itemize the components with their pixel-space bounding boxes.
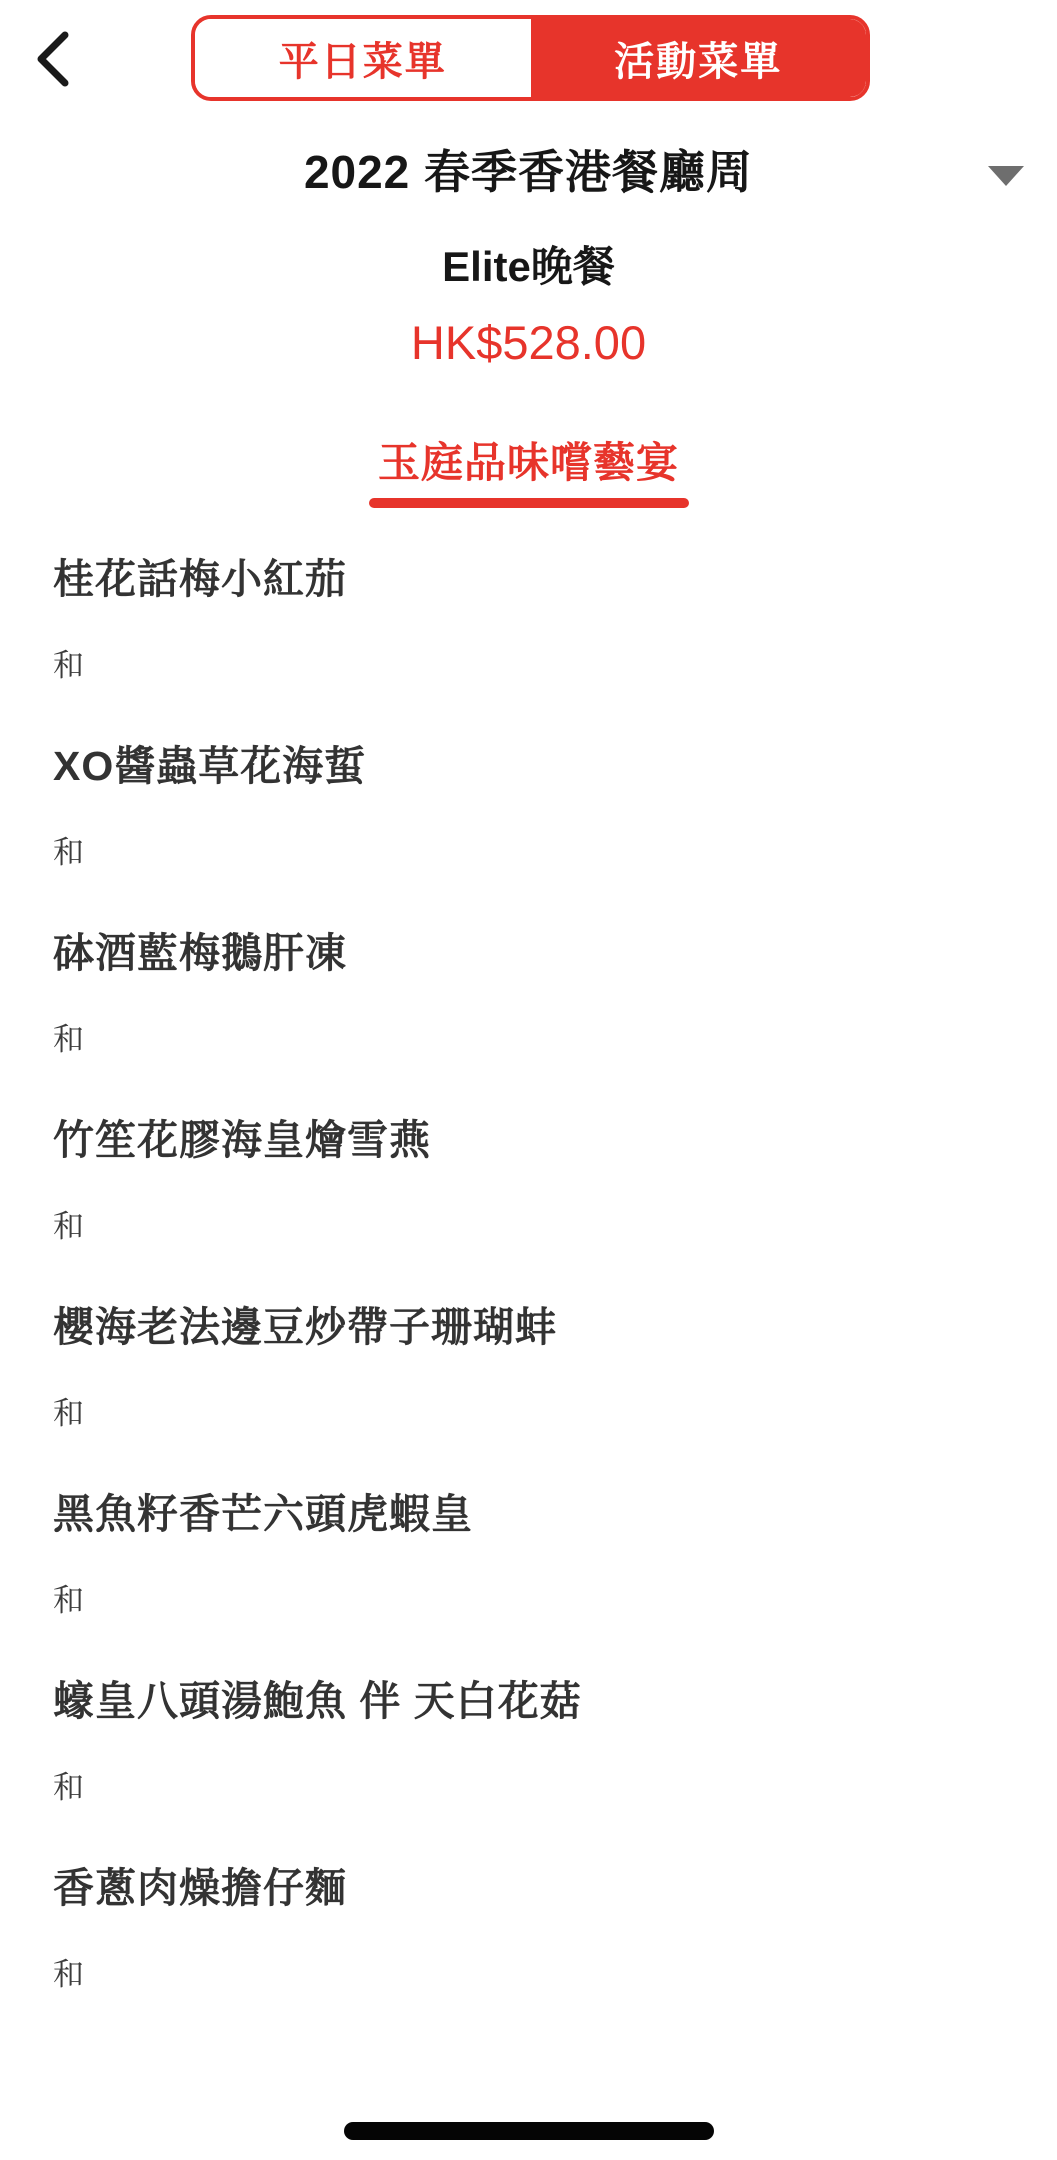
menu-item-separator: 和 <box>53 1205 1057 1249</box>
menu-item: XO醬蟲草花海蜇 <box>53 738 1057 794</box>
menu-type-tabs: 平日菜單 活動菜單 <box>191 15 870 101</box>
chevron-left-icon <box>35 31 69 90</box>
menu-item-list: 桂花話梅小紅茄和XO醬蟲草花海蜇和砵酒藍梅鵝肝凍和竹笙花膠海皇燴雪燕和櫻海老法邊… <box>0 551 1057 1997</box>
tab-weekday-menu[interactable]: 平日菜單 <box>195 19 531 97</box>
menu-item: 桂花話梅小紅茄 <box>53 551 1057 607</box>
menu-item-separator: 和 <box>53 644 1057 688</box>
menu-price: HK$528.00 <box>0 313 1057 373</box>
menu-item-separator: 和 <box>53 1579 1057 1623</box>
menu-item-separator: 和 <box>53 1953 1057 1997</box>
home-indicator[interactable] <box>344 2122 714 2140</box>
menu-item-separator: 和 <box>53 1018 1057 1062</box>
event-title[interactable]: 2022 春季香港餐廳周 <box>0 142 1057 202</box>
back-button[interactable] <box>22 22 82 98</box>
chevron-down-icon[interactable] <box>988 166 1024 186</box>
section-title-underline <box>369 498 689 508</box>
menu-item: 香蔥肉燥擔仔麵 <box>53 1860 1057 1916</box>
menu-item: 蠔皇八頭湯鮑魚 伴 天白花菇 <box>53 1673 1057 1729</box>
tab-event-menu[interactable]: 活動菜單 <box>531 19 867 97</box>
menu-subtitle: Elite晚餐 <box>0 239 1057 295</box>
menu-item: 竹笙花膠海皇燴雪燕 <box>53 1112 1057 1168</box>
menu-item: 砵酒藍梅鵝肝凍 <box>53 925 1057 981</box>
menu-item-separator: 和 <box>53 1392 1057 1436</box>
menu-section-title: 玉庭品味嚐藝宴 <box>0 435 1057 491</box>
menu-item-separator: 和 <box>53 831 1057 875</box>
menu-item: 黑魚籽香芒六頭虎蝦皇 <box>53 1486 1057 1542</box>
menu-item: 櫻海老法邊豆炒帶子珊瑚蚌 <box>53 1299 1057 1355</box>
event-title-row: 2022 春季香港餐廳周 <box>0 142 1057 202</box>
menu-item-separator: 和 <box>53 1766 1057 1810</box>
